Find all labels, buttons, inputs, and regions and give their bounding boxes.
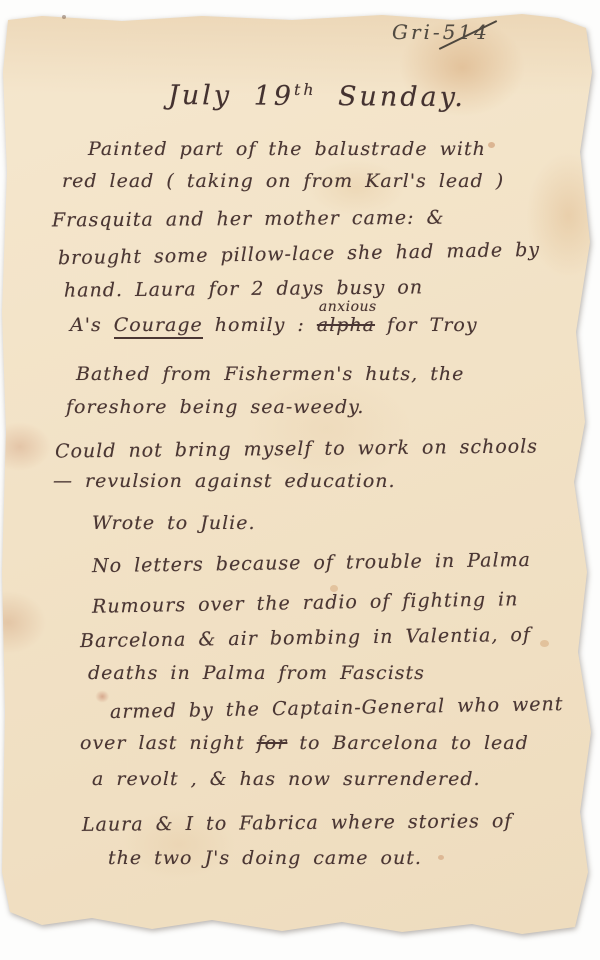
heading-day: Sunday.	[316, 81, 466, 113]
entry-line-with-insertion: A's Courage homily : alphaanxious for Tr…	[70, 314, 478, 336]
manuscript-content: Gri-514 July 19th Sunday. Painted part o…	[0, 0, 600, 960]
line-text: A's	[70, 314, 114, 336]
entry-line: a revolt , & has now surrendered.	[92, 768, 481, 790]
heading-ordinal: th	[294, 80, 317, 99]
entry-line: red lead ( taking on from Karl's lead )	[62, 170, 504, 192]
entry-line: Bathed from Fishermen's huts, the	[76, 363, 464, 385]
entry-line: Rumours over the radio of fighting in	[92, 588, 519, 617]
heading-date: July 19	[168, 80, 294, 112]
entry-line: foreshore being sea-weedy.	[66, 396, 364, 418]
paper-stain	[540, 640, 549, 647]
line-text: to Barcelona to lead	[287, 732, 528, 754]
entry-line: Frasquita and her mother came: &	[52, 207, 445, 232]
struck-word: alphaanxious	[317, 314, 375, 336]
entry-line: Painted part of the balustrade with	[88, 138, 486, 160]
inserted-word-above: anxious	[319, 299, 377, 315]
entry-line: Wrote to Julie.	[92, 512, 256, 534]
line-text: for Troy	[375, 314, 478, 336]
line-text: homily :	[203, 314, 317, 336]
line-text: over last night	[80, 732, 257, 754]
entry-line: Laura & I to Fabrica where stories of	[82, 810, 513, 836]
entry-date-heading: July 19th Sunday.	[168, 79, 466, 113]
struck-word: for	[257, 732, 288, 754]
paper-stain	[488, 142, 495, 148]
underlined-word: Courage	[114, 314, 203, 339]
entry-line: brought some pillow-lace she had made by	[58, 239, 540, 269]
entry-line: armed by the Captain-General who went	[110, 693, 564, 723]
entry-line: the two J's doing came out.	[108, 847, 422, 869]
entry-line: Could not bring myself to work on school…	[55, 435, 538, 462]
entry-line: — revulsion against education.	[53, 470, 396, 492]
entry-line-with-strike: over last night for to Barcelona to lead	[80, 732, 529, 754]
entry-line: No letters because of trouble in Palma	[92, 549, 531, 577]
entry-line: Barcelona & air bombing in Valentia, of	[80, 624, 531, 652]
entry-line: deaths in Palma from Fascists	[88, 662, 425, 684]
paper-stain	[438, 855, 444, 860]
entry-line: hand. Laura for 2 days busy on	[64, 276, 423, 301]
paper-speckle	[62, 15, 66, 19]
struck-word-text: alpha	[317, 314, 375, 336]
